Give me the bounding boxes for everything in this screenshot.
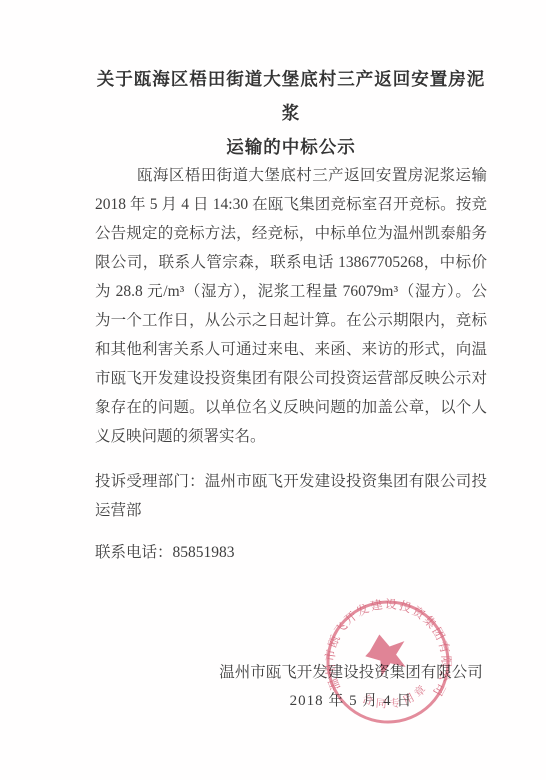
- contact-phone: 联系电话：85851983: [95, 538, 487, 567]
- body-line: 瓯海区梧田街道大堡底村三产返回安置房泥浆运输于: [95, 161, 487, 190]
- body-line: 象存在的问题。以单位名义反映问题的加盖公章，以个人名: [95, 393, 487, 422]
- body-line: 为 28.8 元/m³（湿方），泥浆工程量 76079m³（湿方）。公示期: [95, 277, 487, 306]
- body-line: 义反映问题的须署实名。: [95, 422, 487, 451]
- title-line-1: 关于瓯海区梧田街道大堡底村三产返回安置房泥浆: [95, 62, 487, 130]
- complaint-line: 运营部: [95, 496, 487, 525]
- complaint-line: 投诉受理部门：温州市瓯飞开发建设投资集团有限公司投资: [95, 467, 487, 496]
- page-title: 关于瓯海区梧田街道大堡底村三产返回安置房泥浆 运输的中标公示: [95, 62, 487, 164]
- body-line: 2018 年 5 月 4 日 14:30 在瓯飞集团竞标室召开竞标。按竞标: [95, 190, 487, 219]
- body-line: 和其他利害关系人可通过来电、来函、来访的形式，向温州: [95, 335, 487, 364]
- signature-date: 2018 年 5 月 4 日: [215, 687, 487, 716]
- signature-company: 温州市瓯飞开发建设投资集团有限公司: [215, 658, 487, 687]
- main-paragraph: 瓯海区梧田街道大堡底村三产返回安置房泥浆运输于 2018 年 5 月 4 日 1…: [95, 161, 487, 451]
- body-line: 市瓯飞开发建设投资集团有限公司投资运营部反映公示对: [95, 364, 487, 393]
- announcement-document: 关于瓯海区梧田街道大堡底村三产返回安置房泥浆 运输的中标公示 瓯海区梧田街道大堡…: [0, 0, 546, 780]
- title-line-2: 运输的中标公示: [95, 130, 487, 164]
- complaint-department: 投诉受理部门：温州市瓯飞开发建设投资集团有限公司投资 运营部: [95, 467, 487, 525]
- body-line: 为一个工作日，从公示之日起计算。在公示期限内，竞标人: [95, 306, 487, 335]
- body-line: 公告规定的竞标方法，经竞标，中标单位为温州凯泰船务有: [95, 219, 487, 248]
- signature: 温州市瓯飞开发建设投资集团有限公司 2018 年 5 月 4 日: [215, 658, 487, 716]
- body-line: 限公司，联系人管宗森，联系电话 13867705268，中标价格: [95, 248, 487, 277]
